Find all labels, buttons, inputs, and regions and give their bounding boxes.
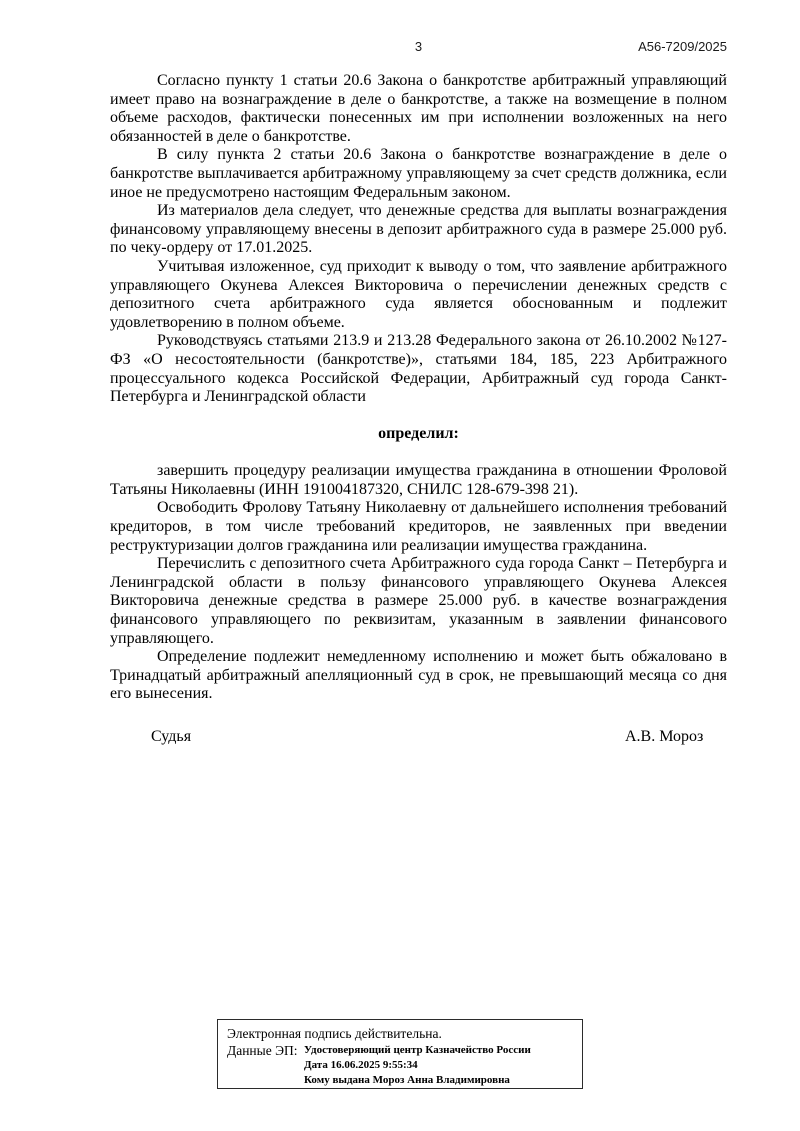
stamp-details: Удостоверяющий центр Казначейство России… xyxy=(304,1043,531,1088)
stamp-issued-to: Кому выдана Мороз Анна Владимировна xyxy=(304,1073,531,1088)
paragraph-reward-source: В силу пункта 2 статьи 20.6 Закона о бан… xyxy=(110,146,727,202)
stamp-validity-text: Электронная подпись действительна. xyxy=(227,1025,574,1042)
electronic-signature-stamp: Электронная подпись действительна. Данны… xyxy=(217,1019,583,1089)
stamp-certification-authority: Удостоверяющий центр Казначейство России xyxy=(304,1043,531,1058)
signature-row: Судья А.В. Мороз xyxy=(110,728,727,748)
document-page: 3 А56-7209/2025 Согласно пункту 1 статьи… xyxy=(0,0,800,1131)
paragraph-legal-grounds: Руководствуясь статьями 213.9 и 213.28 Ф… xyxy=(110,332,727,406)
ruling-paragraph-transfer-funds: Перечислить с депозитного счета Арбитраж… xyxy=(110,555,727,648)
ruling-paragraph-appeal-terms: Определение подлежит немедленному исполн… xyxy=(110,648,727,704)
page-number: 3 xyxy=(415,39,422,54)
paragraph-court-conclusion: Учитывая изложенное, суд приходит к выво… xyxy=(110,258,727,332)
stamp-data-label: Данные ЭП: xyxy=(227,1043,304,1088)
judge-label: Судья xyxy=(151,728,191,746)
paragraph-deposit-funds: Из материалов дела следует, что денежные… xyxy=(110,202,727,258)
page-header: 3 А56-7209/2025 xyxy=(110,39,727,55)
ruling-paragraph-release-debtor: Освободить Фролову Татьяну Николаевну от… xyxy=(110,499,727,555)
judge-name: А.В. Мороз xyxy=(625,728,703,746)
case-number: А56-7209/2025 xyxy=(638,39,727,54)
ruling-paragraph-complete-procedure: завершить процедуру реализации имущества… xyxy=(110,462,727,499)
document-body: Согласно пункту 1 статьи 20.6 Закона о б… xyxy=(110,72,727,704)
stamp-details-row: Данные ЭП: Удостоверяющий центр Казначей… xyxy=(227,1043,574,1088)
stamp-date: Дата 16.06.2025 9:55:34 xyxy=(304,1058,531,1073)
ruling-heading: определил: xyxy=(110,425,727,444)
paragraph-reward-right: Согласно пункту 1 статьи 20.6 Закона о б… xyxy=(110,72,727,146)
